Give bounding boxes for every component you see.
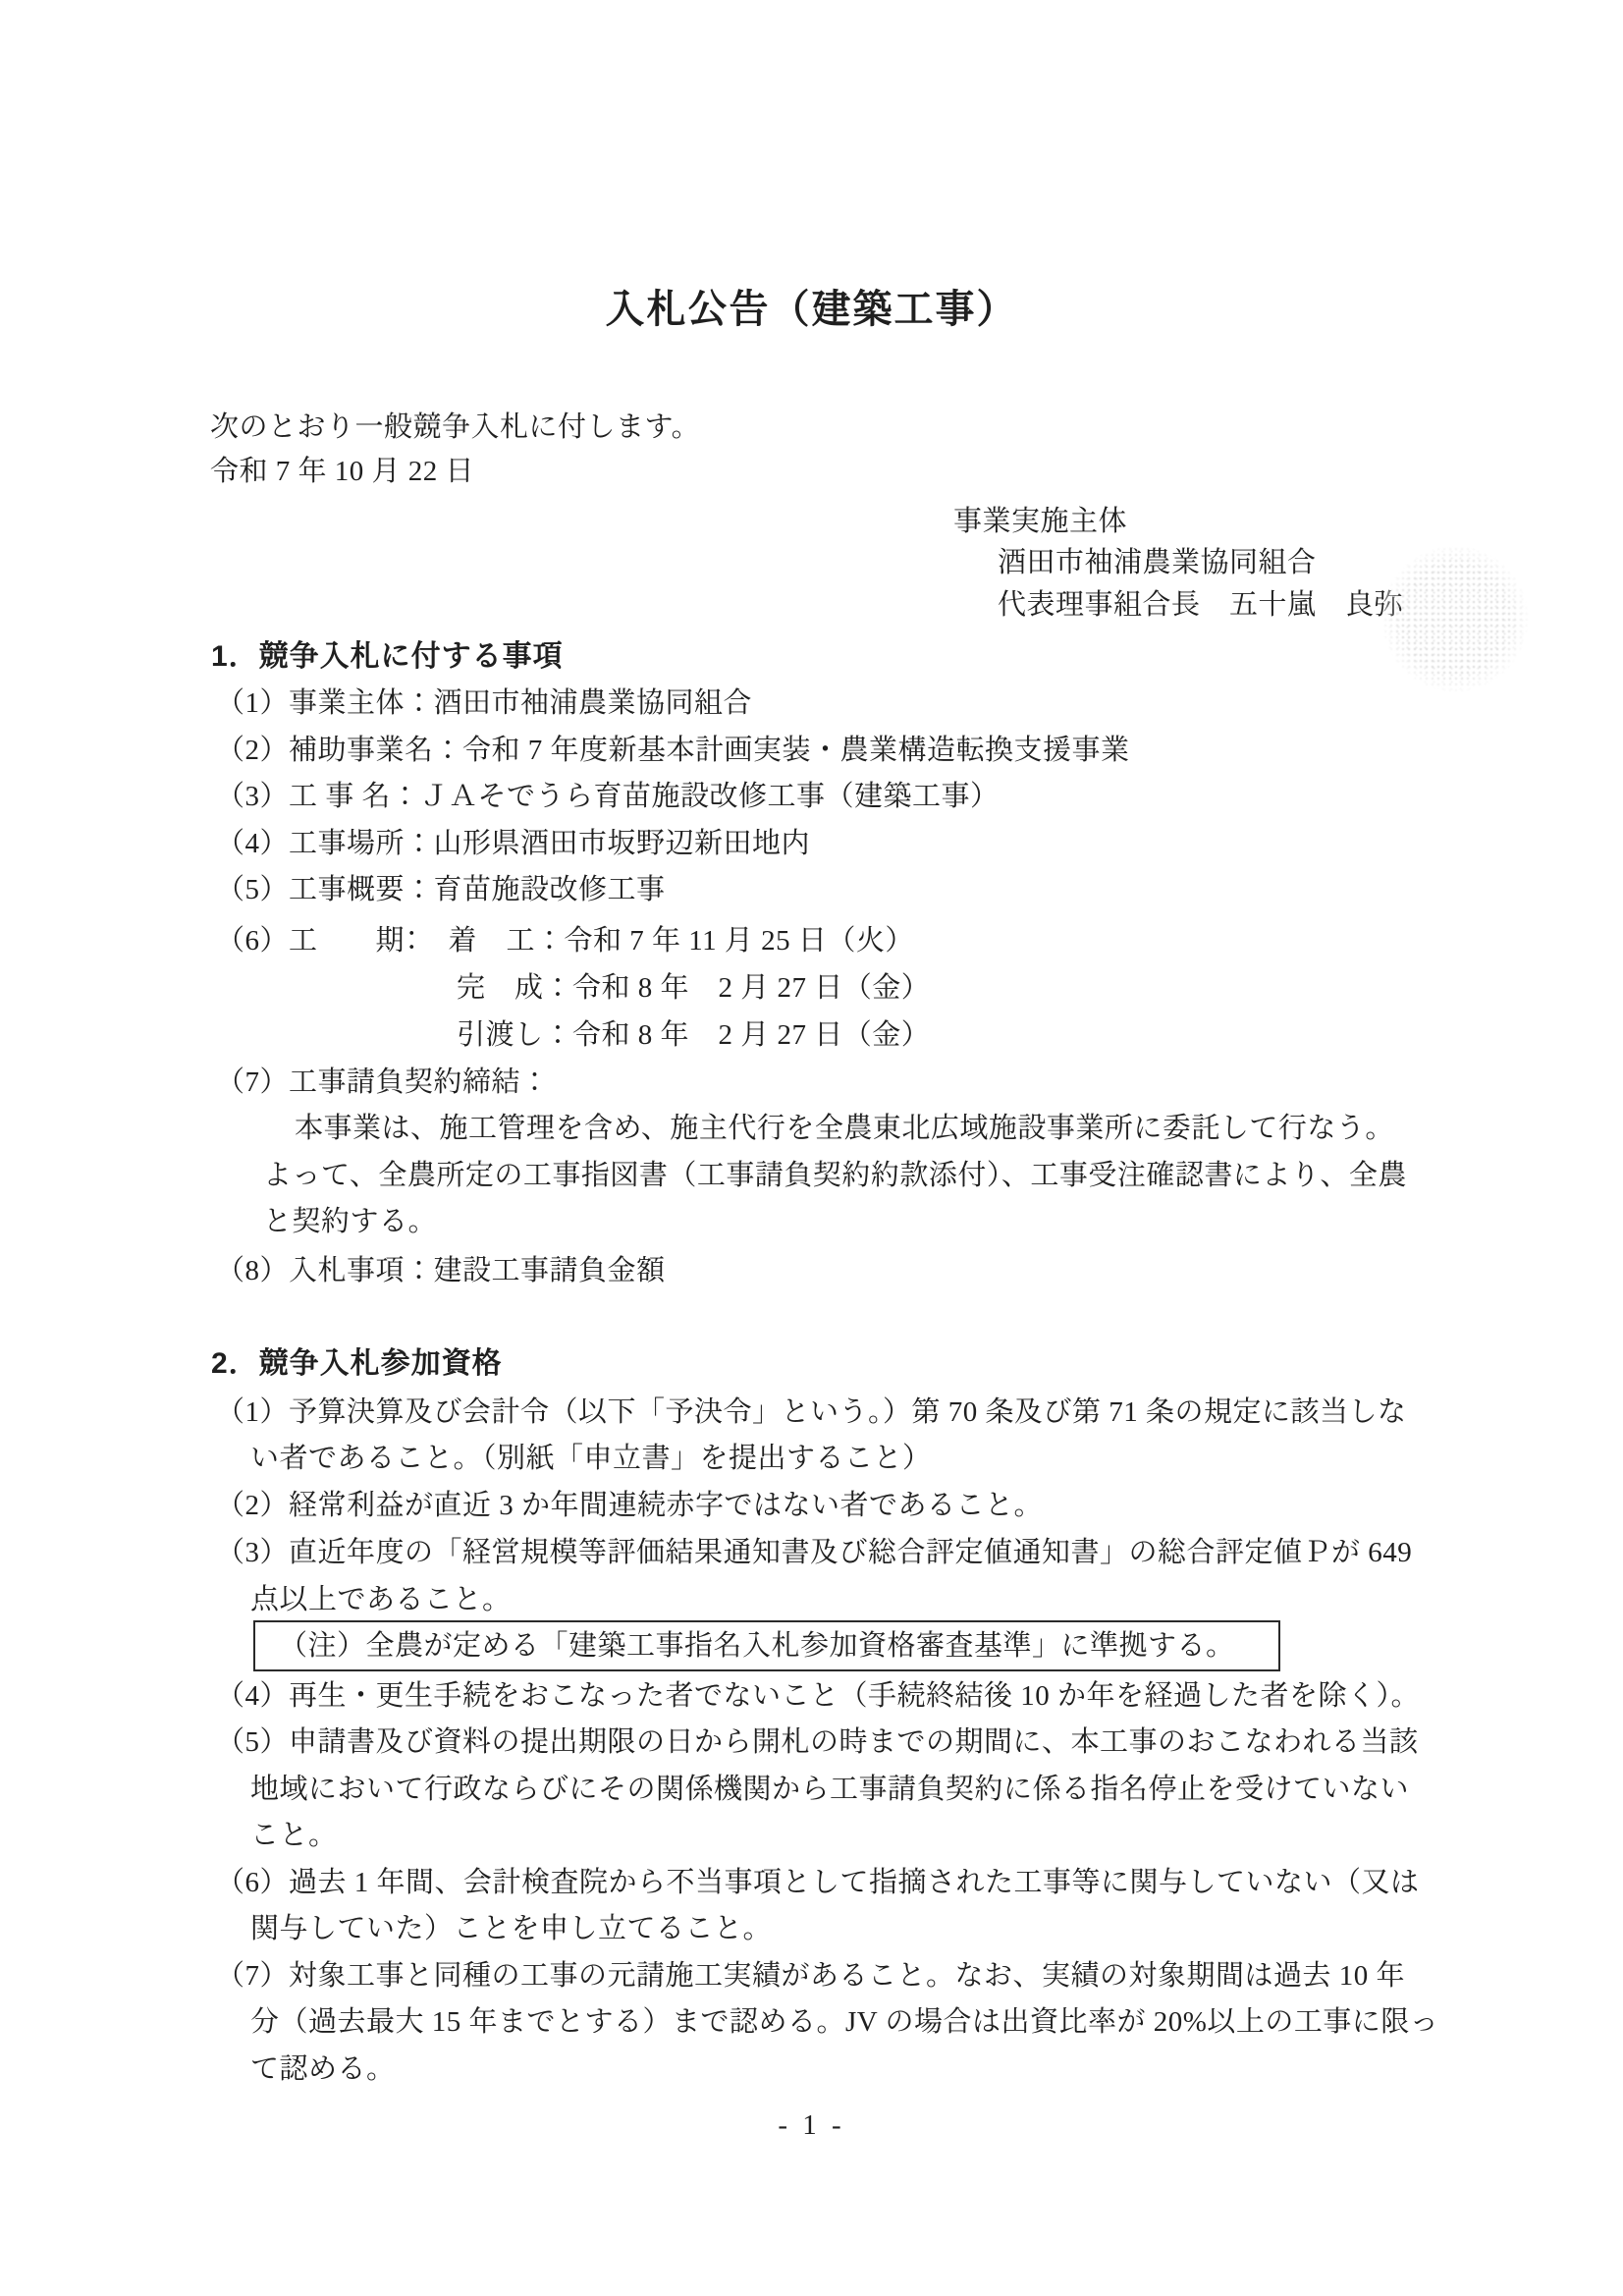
intro-line: 次のとおり一般競争入札に付します。	[210, 410, 700, 444]
section2-item7-line3: て認める。	[250, 2052, 396, 2086]
document-page: 入札公告（建築工事） 次のとおり一般競争入札に付します。 令和 7 年 10 月…	[0, 0, 1623, 2296]
section1-heading: 1．競争入札に付する事項	[211, 640, 564, 674]
section2-item5-line2: 地域において行政ならびにその関係機関から工事請負契約に係る指名停止を受けていない	[250, 1773, 1409, 1806]
issue-date: 令和 7 年 10 月 22 日	[210, 455, 474, 488]
section1-item7-line4: と契約する。	[263, 1205, 437, 1238]
section2-item5-line3: こと。	[250, 1819, 338, 1852]
section2-item6-line1: （6）過去 1 年間、会計検査院から不当事項として指摘された工事等に関与していな…	[216, 1866, 1420, 1899]
section1-item4: （4）工事場所：山形県酒田市坂野辺新田地内	[216, 827, 810, 860]
note-box: （注）全農が定める「建築工事指名入札参加資格審査基準」に準拠する。	[253, 1620, 1280, 1671]
section2-item7-line2: 分（過去最大 15 年までとする）まで認める。JV の場合は出資比率が 20%以…	[250, 2005, 1438, 2039]
section2-heading: 2．競争入札参加資格	[211, 1347, 503, 1381]
section2-item2: （2）経常利益が直近 3 か年間連続赤字ではない者であること。	[216, 1489, 1043, 1522]
section1-item8: （8）入札事項：建設工事請負金額	[216, 1254, 666, 1287]
section2-item1-line2: い者であること。（別紙「申立書」を提出すること）	[250, 1442, 932, 1475]
section1-item7-line2: 本事業は、施工管理を含め、施主代行を全農東北広域施設事業所に委託して行なう。	[295, 1112, 1394, 1145]
page-number: - 1 -	[0, 2109, 1623, 2142]
section2-item7-line1: （7）対象工事と同種の工事の元請施工実績があること。なお、実績の対象期間は過去 …	[216, 1959, 1405, 1993]
section1-item7-line3: よって、全農所定の工事指図書（工事請負契約約款添付）、工事受注確認書により、全農	[263, 1159, 1407, 1192]
section1-item6-start: （6）工 期： 着 工：令和 7 年 11 月 25 日（火）	[216, 924, 914, 957]
issuer-organization: 酒田市袖浦農業協同組合	[998, 546, 1317, 579]
section1-item2: （2）補助事業名：令和 7 年度新基本計画実装・農業構造転換支援事業	[216, 734, 1130, 767]
section2-item1-line1: （1）予算決算及び会計令（以下「予決令」という。）第 70 条及び第 71 条の…	[216, 1395, 1407, 1429]
section1-item6-handover: 引渡し：令和 8 年 2 月 27 日（金）	[457, 1018, 930, 1052]
section1-item3: （3）工 事 名：ＪＡそでうら育苗施設改修工事（建築工事）	[216, 780, 1000, 813]
section2-item3-line2: 点以上であること。	[250, 1583, 512, 1616]
note-text: （注）全農が定める「建築工事指名入札参加資格審査基準」に準拠する。	[279, 1622, 1235, 1669]
issuer-representative: 代表理事組合長 五十嵐 良弥	[998, 588, 1403, 622]
section1-item5: （5）工事概要：育苗施設改修工事	[216, 873, 666, 906]
section2-item4: （4）再生・更生手続をおこなった者でないこと（手続終結後 10 か年を経過した者…	[216, 1679, 1420, 1713]
section1-item1: （1）事業主体：酒田市袖浦農業協同組合	[216, 686, 752, 720]
section1-item7-line1: （7）工事請負契約締結：	[216, 1066, 550, 1099]
scanned-stamp-watermark	[1382, 546, 1528, 691]
issuer-label: 事業実施主体	[953, 505, 1127, 538]
section2-item5-line1: （5）申請書及び資料の提出期限の日から開札の時までの期間に、本工事のおこなわれる…	[216, 1725, 1419, 1759]
section2-item3-line1: （3）直近年度の「経営規模等評価結果通知書及び総合評定値通知書」の総合評定値Ｐが…	[216, 1536, 1412, 1569]
document-title: 入札公告（建築工事）	[0, 278, 1623, 334]
section2-item6-line2: 関与していた）ことを申し立てること。	[250, 1912, 772, 1945]
section1-item6-completion: 完 成：令和 8 年 2 月 27 日（金）	[457, 971, 930, 1005]
